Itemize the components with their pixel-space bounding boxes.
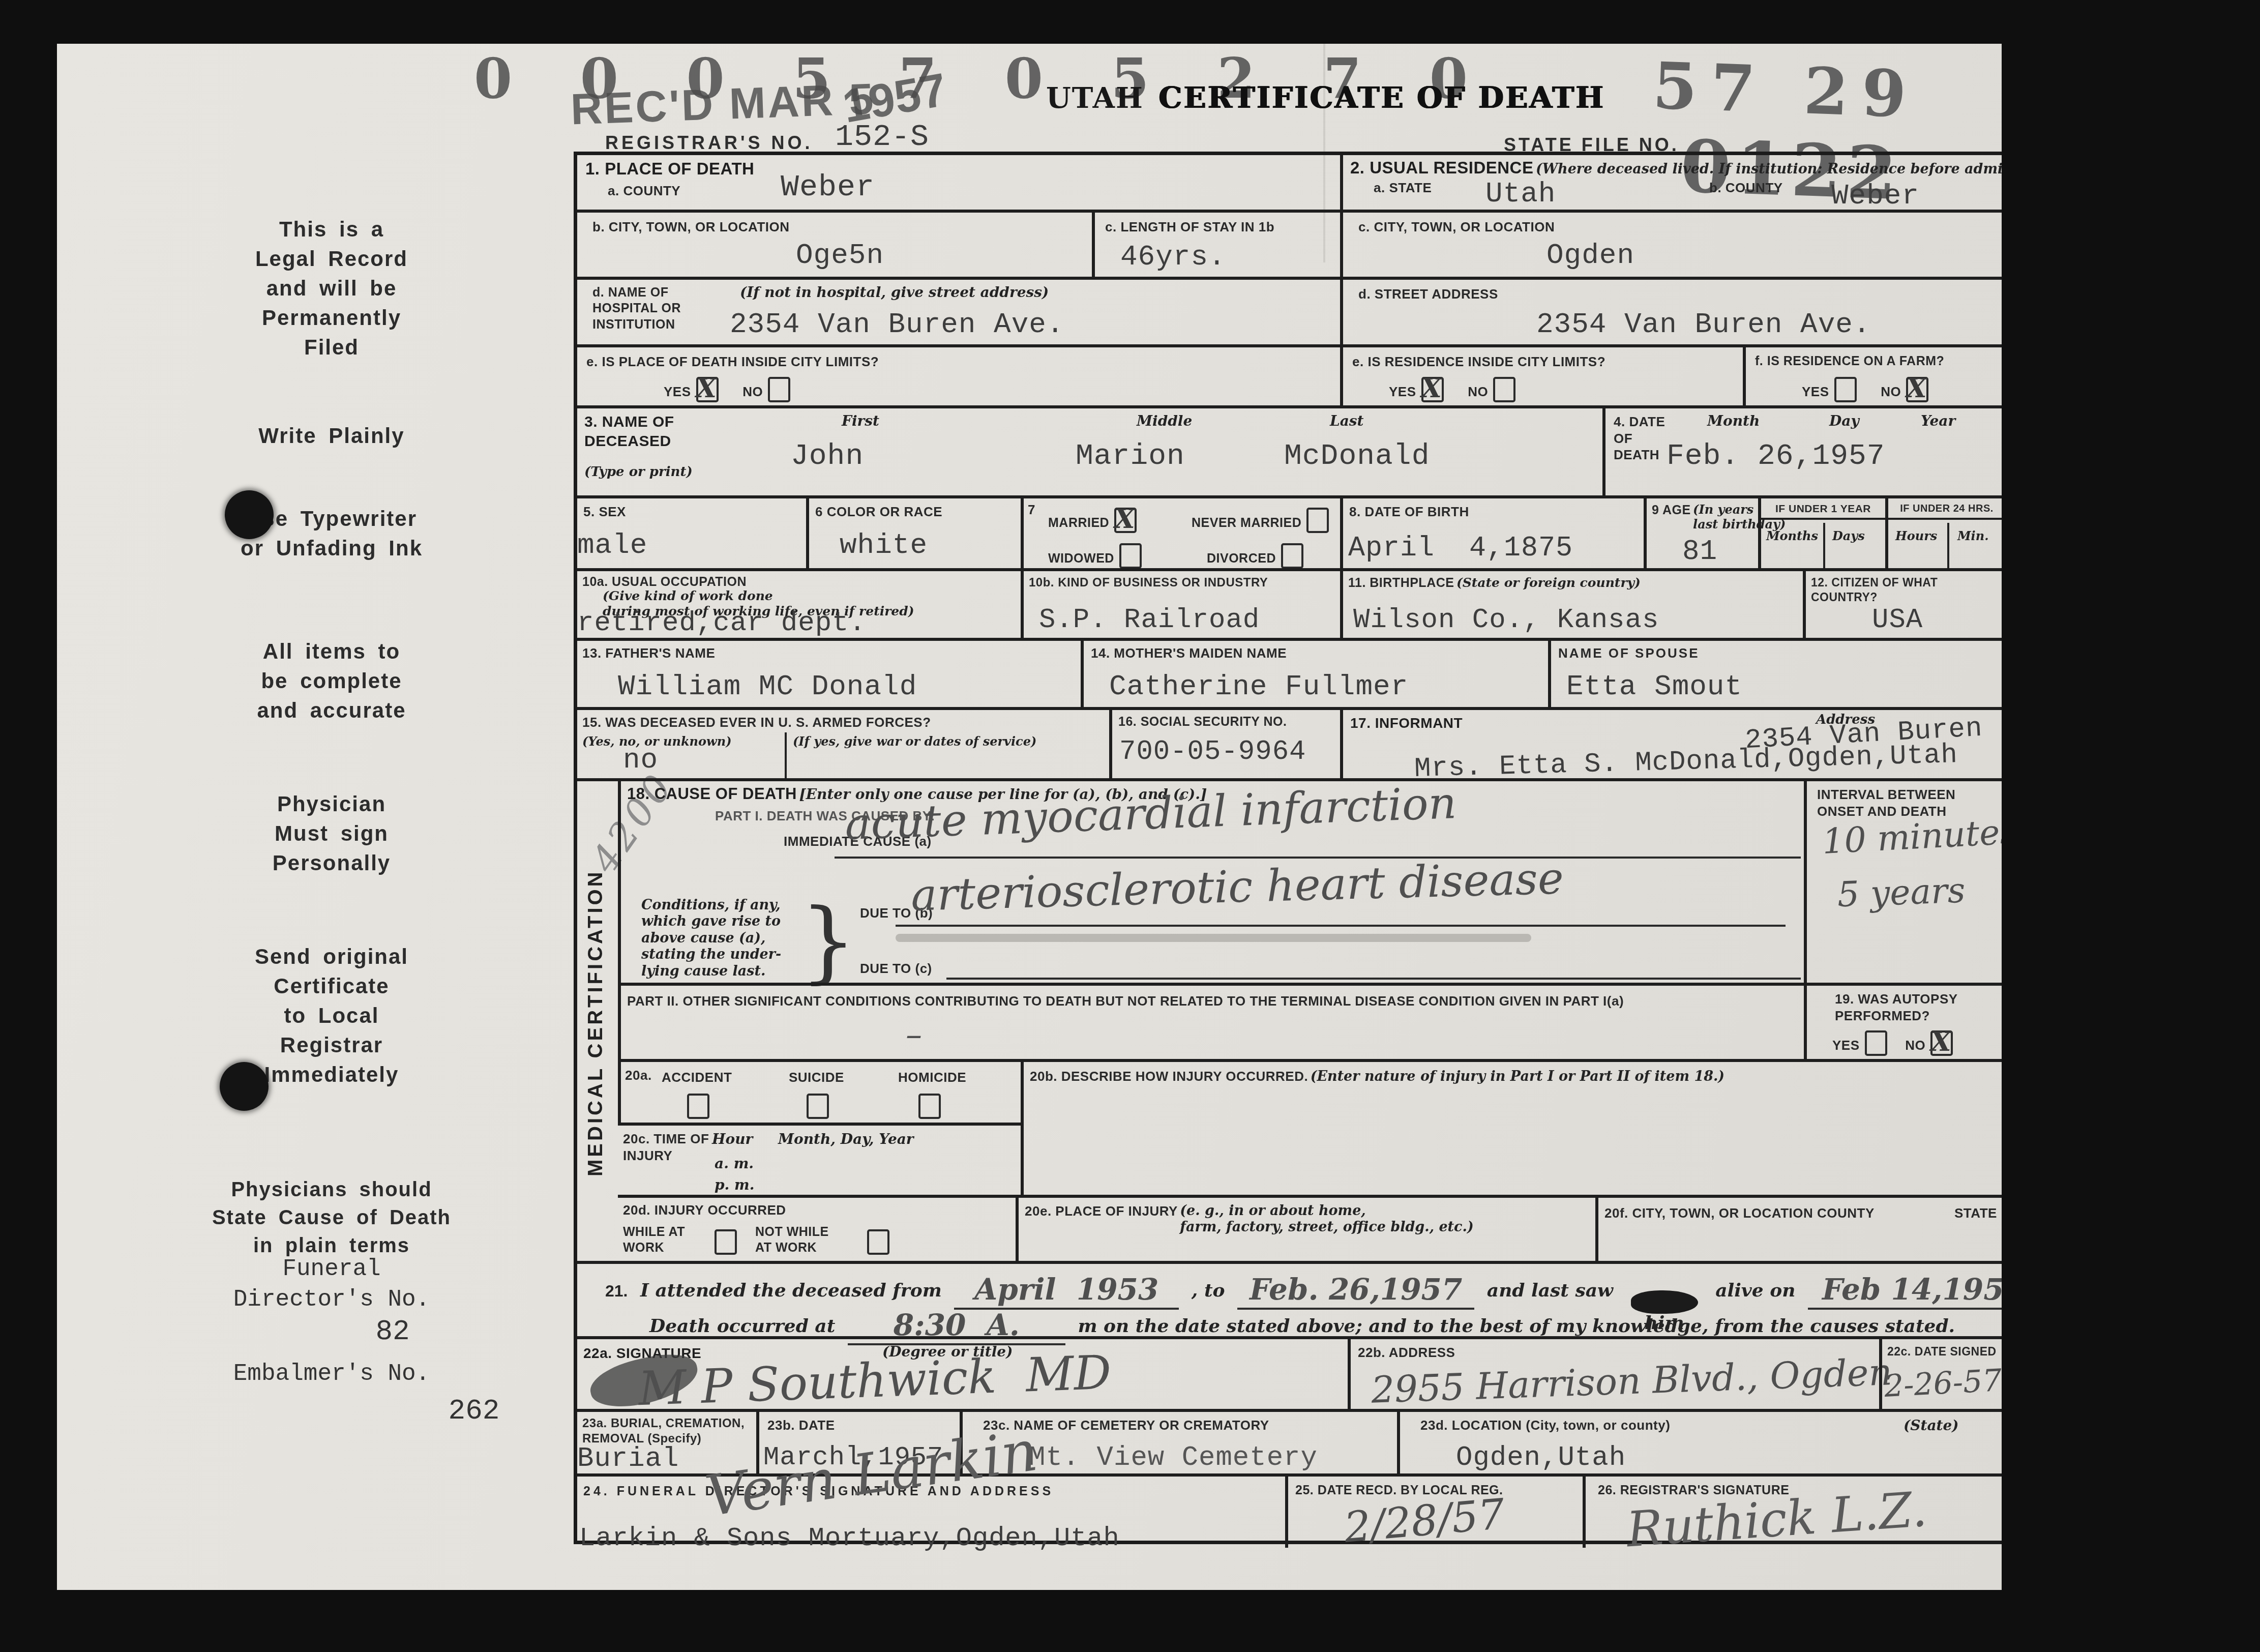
section17-label: 17. INFORMANT (1350, 714, 1463, 732)
section8-label: 8. DATE OF BIRTH (1349, 504, 1469, 520)
section2f-label: f. IS RESIDENCE ON A FARM? (1755, 353, 1944, 369)
under-24-hrs-cell: IF UNDER 24 HRS. Hours Min. (1885, 495, 2002, 568)
place-city-cell: b. CITY, TOWN, OR LOCATION Oge5n (577, 210, 1092, 277)
checkbox-autopsy-yes (1865, 1030, 1887, 1056)
funeral-directors-no-label: Funeral Director's No. (108, 1254, 555, 1315)
section2c-value: Ogden (1547, 239, 1634, 272)
year-header: Year (1921, 412, 1955, 430)
section11-hint: (State or foreign country) (1456, 575, 1641, 590)
part2-cell: PART II. OTHER SIGNIFICANT CONDITIONS CO… (618, 983, 1804, 1059)
spouse-value: Etta Smout (1566, 670, 1742, 703)
autopsy-cell: 19. WAS AUTOPSY PERFORMED? YES NOX (1804, 983, 2002, 1059)
alive-on-text: alive on (1715, 1280, 1795, 1301)
section2e-answers: YESX NO (1389, 377, 1521, 402)
section20e-label: 20e. PLACE OF INJURY (1025, 1203, 1178, 1219)
no-label: NO (742, 384, 763, 399)
married-label: MARRIED (1048, 516, 1109, 530)
medical-certification-stub: MEDICAL CERTIFICATION (577, 778, 618, 1261)
physician-signature-value: M P Southwick MD (637, 1345, 1112, 1416)
section2d-value: 2354 Van Buren Ave. (1536, 308, 1871, 341)
divorced-option: DIVORCED (1207, 543, 1309, 569)
margin-note-plain-terms: Physicians should State Cause of Death i… (87, 1176, 576, 1260)
days-label: Days (1832, 529, 1865, 544)
section1a-value: Weber (781, 170, 875, 205)
form-title-state: UTAH (1046, 81, 1144, 115)
last-name-value: McDonald (1284, 440, 1430, 473)
section1e-label: e. IS PLACE OF DEATH INSIDE CITY LIMITS? (586, 353, 879, 370)
section23d-label: 23d. LOCATION (City, town, or county) (1420, 1417, 1670, 1434)
spouse-label: NAME OF SPOUSE (1558, 645, 1699, 662)
last-saw-text: and last saw (1487, 1280, 1613, 1301)
length-of-stay-cell: c. LENGTH OF STAY IN 1b 46yrs. (1092, 210, 1340, 277)
citizen-value: USA (1872, 605, 1923, 636)
birthplace-value: Wilson Co., Kansas (1353, 605, 1659, 636)
section1b-label: b. CITY, TOWN, OR LOCATION (592, 219, 790, 235)
physician-signature-cell: 22a. SIGNATURE (Degree or title) M P Sou… (577, 1336, 1348, 1409)
funeral-director-cell: 24. FUNERAL DIRECTOR'S SIGNATURE AND ADD… (577, 1473, 1285, 1548)
autopsy-answers: YES NOX (1832, 1030, 1958, 1056)
never-married-option: NEVER MARRIED (1192, 508, 1334, 533)
section3-hint: (Type or print) (584, 464, 693, 480)
hour-label: Hour (712, 1131, 753, 1148)
section1a-label: a. COUNTY (608, 183, 680, 199)
mothers-name-cell: 14. MOTHER'S MAIDEN NAME Catherine Fullm… (1081, 638, 1548, 707)
last-name-header: Last (1330, 412, 1364, 430)
date-of-birth-value: April 4,1875 (1348, 532, 1573, 564)
first-name-value: John (791, 440, 864, 473)
checkbox-widowed (1119, 543, 1142, 569)
checkbox-residence-no (1493, 377, 1515, 402)
divorced-label: DIVORCED (1207, 551, 1276, 566)
burial-value: Burial (577, 1443, 679, 1474)
section20a-number: 20a. (625, 1067, 652, 1084)
section1e-answers: YESX NO (664, 377, 795, 402)
state-hint-label: (State) (1904, 1417, 1959, 1434)
citizen-cell: 12. CITIZEN OF WHAT COUNTRY? USA (1803, 568, 2002, 638)
date-of-death-cell: 4. DATE OF DEATH Month Day Year Feb. 26,… (1602, 405, 2002, 495)
date-of-death-value: Feb. 26,1957 (1667, 440, 1885, 473)
section12-label: 12. CITIZEN OF WHAT COUNTRY? (1811, 575, 2002, 605)
section1c-value: 46yrs. (1120, 241, 1226, 273)
accident-label: ACCIDENT (662, 1069, 732, 1086)
due-to-c-label: DUE TO (c) (860, 960, 932, 977)
residence-city-limits-cell: e. IS RESIDENCE INSIDE CITY LIMITS? YESX… (1340, 344, 1743, 405)
never-married-label: NEVER MARRIED (1192, 516, 1301, 530)
yes-label: YES (1389, 384, 1416, 399)
death-statement-rest: m on the date stated above; and to the b… (1078, 1315, 1955, 1337)
section16-label: 16. SOCIAL SECURITY NO. (1118, 714, 1287, 730)
section20e-hint: (e. g., in or about home, farm, factory,… (1180, 1203, 1473, 1236)
time-of-injury-cell: 20c. TIME OF INJURY Hour Month, Day, Yea… (618, 1123, 1021, 1195)
no-label: NO (1905, 1038, 1925, 1053)
fathers-name-value: William MC Donald (618, 670, 917, 703)
checkbox-accident (687, 1094, 709, 1119)
registrars-no-label: REGISTRAR'S NO. (605, 131, 813, 154)
margin-note-typewriter: Use Typewriter or Unfading Ink (108, 504, 555, 563)
ssn-value: 700-05-9964 (1119, 736, 1306, 768)
fathers-name-cell: 13. FATHER'S NAME William MC Donald (577, 638, 1081, 707)
marital-status-cell: 7 MARRIEDX NEVER MARRIED WIDOWED DIVORCE… (1021, 495, 1340, 568)
injury-state-label: STATE (1954, 1205, 1997, 1222)
scanned-death-certificate: { "header": { "serial_stamp": "0 0 0 5 7… (0, 0, 2260, 1652)
medical-certification-label: MEDICAL CERTIFICATION (584, 786, 607, 1259)
yes-label: YES (1832, 1038, 1860, 1053)
checkbox-homicide (918, 1094, 941, 1119)
section20f-label: 20f. CITY, TOWN, OR LOCATION (1604, 1205, 1813, 1222)
burial-location-cell: 23d. LOCATION (City, town, or county) (S… (1397, 1409, 2002, 1473)
day-header: Day (1829, 412, 1859, 430)
section2b-label: b. COUNTY (1709, 180, 1783, 196)
section20b-hint: (Enter nature of injury in Part I or Par… (1311, 1069, 1725, 1084)
place-of-injury-cell: 20e. PLACE OF INJURY (e. g., in or about… (1016, 1195, 1595, 1261)
section2e-label: e. IS RESIDENCE INSIDE CITY LIMITS? (1352, 353, 1605, 370)
section10a-label: 10a. USUAL OCCUPATION (582, 575, 747, 589)
x-mark: X (696, 373, 717, 404)
month-day-year-label: Month, Day, Year (778, 1131, 914, 1148)
widowed-option: WIDOWED (1048, 543, 1147, 569)
month-header: Month (1707, 412, 1760, 430)
section14-label: 14. MOTHER'S MAIDEN NAME (1091, 645, 1287, 662)
part2-mark: – (906, 1016, 922, 1054)
date-signed-value: 2-26-57 (1883, 1363, 2002, 1404)
checkbox-suicide (807, 1094, 829, 1119)
checkbox-residence-yes: X (1421, 377, 1444, 402)
section1d-label: d. NAME OF HOSPITAL OR INSTITUTION (592, 285, 681, 333)
section21-number: 21. (605, 1282, 628, 1300)
x-mark: X (1114, 504, 1135, 535)
section2b-value: Weber (1831, 180, 1919, 212)
date-received-value: 2/28/57 (1342, 1490, 1506, 1552)
received-stamp-text: REC'D MAR 5 (570, 75, 876, 134)
section11-label: 11. BIRTHPLACE (1348, 576, 1454, 590)
punch-hole-top (225, 490, 274, 539)
checkbox-autopsy-no: X (1930, 1030, 1953, 1056)
funeral-director-typed-value: Larkin & Sons Mortuary,Ogden,Utah (579, 1523, 1120, 1553)
conditions-note: Conditions, if any, which gave rise to a… (641, 897, 781, 980)
am-label: a. m. (715, 1155, 754, 1172)
margin-note-send-original: Send original Certificate to Local Regis… (108, 942, 555, 1089)
smudge-bar (896, 934, 1531, 942)
checkbox-place-no (768, 377, 790, 402)
section9-label: 9 AGE (1652, 503, 1691, 517)
checkbox-while-at-work (715, 1229, 737, 1255)
section4-label: 4. DATE OF DEATH (1614, 414, 1665, 463)
section1d-value: 2354 Van Buren Ave. (730, 308, 1064, 341)
mothers-name-value: Catherine Fullmer (1109, 670, 1408, 703)
section13-label: 13. FATHER'S NAME (582, 645, 715, 662)
section2c-label: c. CITY, TOWN, OR LOCATION (1358, 219, 1555, 235)
no-label: NO (1881, 384, 1901, 399)
cause-b-underline (896, 925, 1786, 927)
form-title: UTAH CERTIFICATE OF DEATH (1046, 80, 1604, 115)
section2a-label: a. STATE (1374, 180, 1432, 196)
middle-name-header: Middle (1137, 412, 1192, 430)
date-of-birth-cell: 8. DATE OF BIRTH April 4,1875 (1340, 495, 1644, 568)
not-while-at-work-label: NOT WHILE AT WORK (755, 1224, 829, 1256)
received-stamp: REC'D MAR 5 (570, 74, 876, 135)
last-alive-date-value: Feb 14,1957 (1808, 1272, 2002, 1310)
industry-cell: 10b. KIND OF BUSINESS OR INDUSTRY S.P. R… (1021, 568, 1340, 638)
yes-label: YES (1802, 384, 1829, 399)
interval-column-cell: INTERVAL BETWEEN ONSET AND DEATH 10 minu… (1804, 778, 2002, 983)
section1d-hint: (If not in hospital, give street address… (740, 284, 1049, 301)
checkbox-divorced (1281, 543, 1303, 569)
birthplace-cell: 11. BIRTHPLACE (State or foreign country… (1340, 568, 1803, 638)
married-option: MARRIEDX (1048, 508, 1142, 533)
name-of-deceased-cell: 3. NAME OF DECEASED (Type or print) Firs… (577, 405, 1602, 495)
attended-to-value: Feb. 26,1957 (1237, 1272, 1474, 1310)
cause-a-underline (835, 857, 1801, 859)
injury-county-label: COUNTY (1817, 1205, 1875, 1222)
under-1-year-cell: IF UNDER 1 YEAR Months Days (1758, 495, 1885, 568)
interval-b-value: 5 years (1837, 871, 1966, 916)
section20c-label: 20c. TIME OF INJURY (623, 1131, 709, 1164)
margin-note-physician-sign: Physician Must sign Personally (108, 789, 555, 878)
color-race-cell: 6 COLOR OR RACE white (806, 495, 1021, 568)
under-1-year-header: IF UNDER 1 YEAR (1761, 498, 1885, 520)
interval-header: INTERVAL BETWEEN ONSET AND DEATH (1817, 786, 1955, 819)
embalmers-no-label: Embalmer's No. (108, 1359, 555, 1390)
x-mark: X (1930, 1026, 1951, 1057)
section23a-label: 23a. BURIAL, CREMATION, REMOVAL (Specify… (582, 1416, 745, 1447)
spouse-cell: NAME OF SPOUSE Etta Smout (1548, 638, 2002, 707)
punch-hole-bottom (220, 1062, 269, 1111)
months-label: Months (1766, 529, 1818, 544)
suicide-label: SUICIDE (789, 1069, 844, 1086)
usual-residence-cell: 2. USUAL RESIDENCE (Where deceased lived… (1340, 155, 2002, 210)
section5-label: 5. SEX (583, 504, 626, 520)
date-received-cell: 25. DATE RECD. BY LOCAL REG. 2/28/57 (1285, 1473, 1583, 1548)
attended-from-value: April 1953 (954, 1272, 1179, 1310)
state-file-stamp-part1: 57 29 (1652, 48, 1921, 132)
place-of-death-county-cell: 1. PLACE OF DEATH a. COUNTY Weber (577, 155, 1340, 210)
burial-location-value: Ogden,Utah (1456, 1442, 1626, 1473)
section6-label: 6 COLOR OR RACE (815, 504, 942, 520)
attended-text: I attended the deceased from (640, 1280, 942, 1301)
part2-label: PART II. OTHER SIGNIFICANT CONDITIONS CO… (627, 993, 1792, 1010)
color-race-value: white (840, 529, 928, 562)
due-to-b-value: arteriosclerotic heart disease (910, 853, 1564, 921)
section20d-label: 20d. INJURY OCCURRED (623, 1202, 786, 1219)
margin-note-write-plainly: Write Plainly (108, 421, 555, 451)
embalmers-no-value: 262 (413, 1393, 535, 1430)
age-cell: 9 AGE (In years last birthday) 81 (1644, 495, 1758, 568)
physician-address-cell: 22b. ADDRESS 2955 Harrison Blvd., Ogden (1348, 1336, 1879, 1409)
section2-title: 2. USUAL RESIDENCE (1350, 158, 1533, 177)
certificate-form: 1. PLACE OF DEATH a. COUNTY Weber 2. USU… (574, 152, 2002, 1544)
residence-farm-cell: f. IS RESIDENCE ON A FARM? YES NOX (1743, 344, 2002, 405)
section10b-label: 10b. KIND OF BUSINESS OR INDUSTRY (1029, 575, 1268, 591)
under-24-hrs-header: IF UNDER 24 HRS. (1888, 498, 2002, 520)
section19-label: 19. WAS AUTOPSY PERFORMED? (1835, 991, 1958, 1024)
section18-label: 18. CAUSE OF DEATH (627, 785, 797, 803)
widowed-label: WIDOWED (1048, 551, 1114, 566)
checkbox-place-yes: X (696, 377, 719, 402)
section22c-label: 22c. DATE SIGNED (1887, 1344, 1997, 1359)
occupation-value: retired,car dept. (577, 608, 866, 639)
while-at-work-label: WHILE AT WORK (623, 1224, 685, 1256)
pm-label: p. m. (715, 1176, 754, 1194)
x-mark: X (1421, 373, 1442, 404)
certificate-paper: 0 0 0 5 7 0 5 2 7 0 REC'D MAR 5 1957 REG… (57, 44, 2002, 1590)
sex-cell: 5. SEX male (577, 495, 806, 568)
section2-hint: (Where deceased lived. If institution: R… (1536, 161, 2002, 177)
accident-suicide-homicide-cell: 20a. ACCIDENT SUICIDE HOMICIDE (618, 1059, 1021, 1123)
registrar-signature-cell: 26. REGISTRAR'S SIGNATURE Ruthick L.Z. (1583, 1473, 2002, 1548)
checkbox-farm-yes (1834, 377, 1857, 402)
sex-value: male (577, 529, 647, 562)
death-occurred-text: Death occurred at (649, 1315, 835, 1337)
min-label: Min. (1957, 529, 1989, 544)
checkbox-never-married (1306, 508, 1329, 533)
industry-value: S.P. Railroad (1039, 605, 1260, 636)
homicide-label: HOMICIDE (898, 1069, 966, 1086)
street-address-cell: d. STREET ADDRESS 2354 Van Buren Ave. (1340, 277, 2002, 344)
injury-occurred-cell: 20d. INJURY OCCURRED WHILE AT WORK NOT W… (618, 1195, 1016, 1261)
section7-number: 7 (1028, 501, 1035, 518)
section2d-label: d. STREET ADDRESS (1358, 286, 1498, 303)
form-title-main: CERTIFICATE OF DEATH (1158, 80, 1604, 115)
hours-label: Hours (1895, 529, 1937, 544)
place-city-limits-cell: e. IS PLACE OF DEATH INSIDE CITY LIMITS?… (577, 344, 1340, 405)
checkbox-farm-no: X (1906, 377, 1928, 402)
margin-note-complete: All items to be complete and accurate (108, 637, 555, 725)
section15-label: 15. WAS DECEASED EVER IN U. S. ARMED FOR… (582, 714, 931, 731)
section2a-value: Utah (1485, 178, 1556, 210)
cause-of-death-cell: 18. CAUSE OF DEATH [Enter only one cause… (618, 778, 1804, 983)
x-mark: X (1906, 373, 1927, 404)
residence-city-cell: c. CITY, TOWN, OR LOCATION Ogden (1340, 210, 2002, 277)
cause-c-underline (946, 978, 1801, 980)
section1-title: 1. PLACE OF DEATH (585, 158, 754, 179)
checkbox-not-while-at-work (867, 1229, 889, 1255)
first-name-header: First (842, 412, 879, 430)
section20b-label: 20b. DESCRIBE HOW INJURY OCCURRED. (1030, 1069, 1308, 1084)
section2f-answers: YES NOX (1802, 377, 1934, 402)
describe-injury-cell: 20b. DESCRIBE HOW INJURY OCCURRED. (Ente… (1021, 1059, 2002, 1195)
cemetery-value: Mt. View Cemetery (1029, 1442, 1318, 1473)
ssn-cell: 16. SOCIAL SECURITY NO. 700-05-9964 (1109, 707, 1340, 778)
yes-label: YES (664, 384, 691, 399)
funeral-directors-no-value: 82 (342, 1313, 443, 1350)
attended-statement-cell: 21. I attended the deceased from April 1… (577, 1261, 2002, 1336)
hospital-cell: d. NAME OF HOSPITAL OR INSTITUTION (If n… (577, 277, 1340, 344)
age-value: 81 (1682, 535, 1717, 568)
checkbox-married: X (1114, 508, 1137, 533)
margin-note-legal-record: This is a Legal Record and will be Perma… (108, 215, 555, 362)
comma-to-text: , to (1192, 1280, 1225, 1301)
armed-forces-value: no (623, 744, 658, 776)
section3-label: 3. NAME OF DECEASED (584, 412, 674, 451)
section23b-label: 23b. DATE (767, 1417, 835, 1434)
section15-hint2: (If yes, give war or dates of service) (793, 734, 1036, 749)
conditions-brace: } (800, 890, 856, 993)
section22b-label: 22b. ADDRESS (1358, 1344, 1455, 1361)
armed-forces-cell: 15. WAS DECEASED EVER IN U. S. ARMED FOR… (577, 707, 1109, 778)
no-label: NO (1468, 384, 1488, 399)
section1c-label: c. LENGTH OF STAY IN 1b (1105, 219, 1274, 235)
injury-location-cell: 20f. CITY, TOWN, OR LOCATION COUNTY STAT… (1595, 1195, 2002, 1261)
section1b-value: Oge5n (796, 239, 884, 272)
occupation-cell: 10a. USUAL OCCUPATION (Give kind of work… (577, 568, 1021, 638)
date-signed-cell: 22c. DATE SIGNED 2-26-57 (1879, 1336, 2002, 1409)
registrars-no-value: 152-S (835, 120, 929, 155)
informant-cell: 17. INFORMANT Address 2354 Van Buren Mrs… (1340, 707, 2002, 778)
middle-name-value: Marion (1076, 440, 1185, 473)
